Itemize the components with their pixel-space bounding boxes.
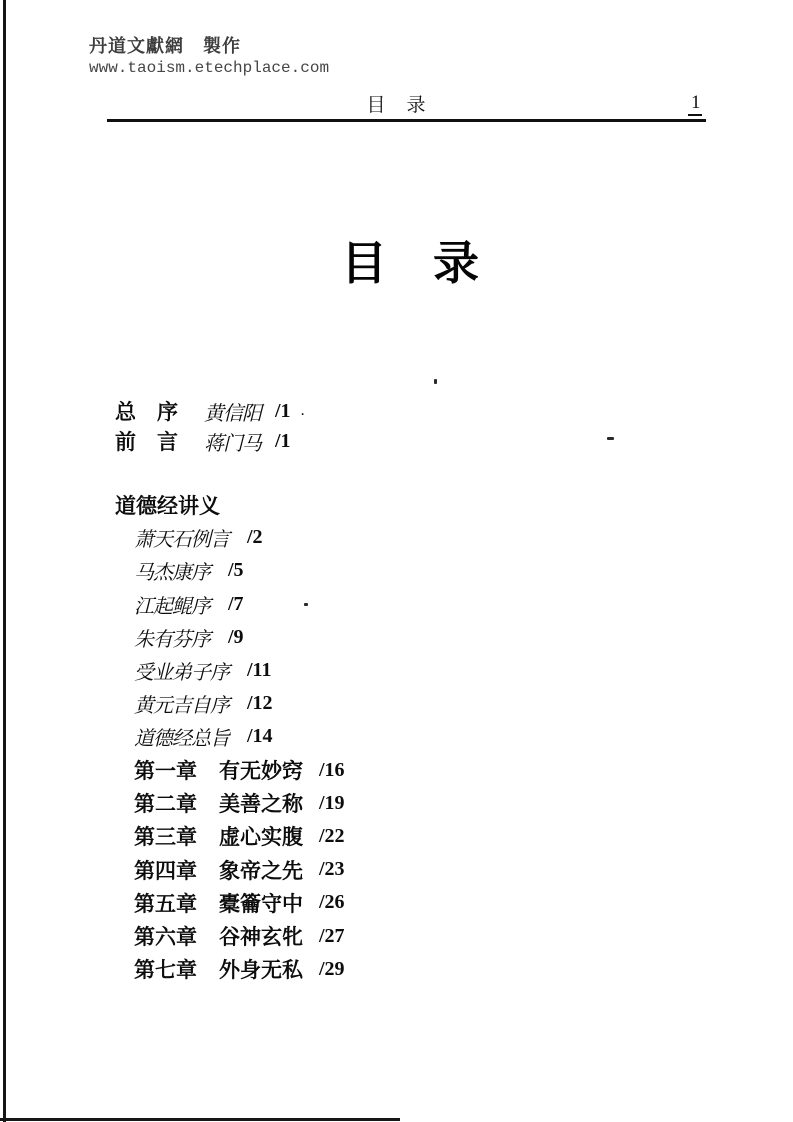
toc-row-preface: 萧天石例言/2 [0, 521, 793, 554]
watermark: 丹道文獻網 製作 www.taoism.etechplace.com [89, 36, 329, 77]
toc-row-front: 总 序黄信阳/1. [0, 396, 793, 426]
watermark-site-name: 丹道文獻網 製作 [89, 36, 329, 57]
toc-entry-label: 第三章 [134, 821, 197, 851]
toc-row-chapter: 第二章美善之称/19 [0, 787, 793, 820]
toc-entry-page-number: /14 [247, 725, 273, 748]
toc-row-preface: 朱有芬序/9 [0, 621, 793, 654]
document-title: 目 录 [0, 241, 793, 287]
toc-entry-title: 受业弟子序 [134, 656, 229, 685]
toc-row-preface: 道德经总旨/14 [0, 720, 793, 753]
toc-row-preface: 黄元吉自序/12 [0, 687, 793, 720]
toc-row-chapter: 第一章有无妙窍/16 [0, 754, 793, 787]
page-number: 1 [691, 92, 701, 114]
toc-entry-label: 道德经讲义 [115, 490, 220, 520]
toc-entry-label: 总 序 [115, 396, 178, 426]
toc-entry-label: 第二章 [134, 788, 197, 818]
toc-entry-label: 第七章 [134, 954, 197, 984]
toc-entry-title: 虚心实腹 [219, 821, 303, 851]
toc-row-chapter: 第四章象帝之先/23 [0, 853, 793, 886]
toc-entry-title: 橐籥守中 [219, 888, 303, 918]
toc-row-chapter: 第三章虚心实腹/22 [0, 820, 793, 853]
toc-entry-page-number: /29 [319, 958, 345, 981]
toc-entry-title: 萧天石例言 [134, 523, 229, 552]
toc-entry-page-number: /1 [275, 430, 291, 453]
toc-row-preface: 江起鲲序/7 [0, 588, 793, 621]
toc-entry-author: 蒋门马 [204, 427, 261, 456]
toc-entry-title: 江起鲲序 [134, 590, 210, 619]
toc-entry-title: 美善之称 [219, 788, 303, 818]
toc-row-chapter: 第五章橐籥守中/26 [0, 886, 793, 919]
toc-entry-label: 第六章 [134, 921, 197, 951]
toc-entry-title: 黄元吉自序 [134, 689, 229, 718]
toc-row-chapter: 第六章谷神玄牝/27 [0, 919, 793, 952]
page-number-underline [688, 114, 702, 116]
toc-entry-page-number: /22 [319, 825, 345, 848]
toc-entry-page-number: /26 [319, 891, 345, 914]
toc-entry-page-number: /19 [319, 792, 345, 815]
toc-entry-page-number: /9 [228, 626, 244, 649]
header-rule [107, 119, 706, 122]
toc-entry-page-number: /2 [247, 526, 263, 549]
toc-entry-page-number: /1 [275, 400, 291, 423]
toc-entry-title: 道德经总旨 [134, 722, 229, 751]
toc-row-preface: 受业弟子序/11 [0, 654, 793, 687]
scan-dot: . [301, 402, 305, 420]
toc-entry-page-number: /5 [228, 559, 244, 582]
toc-row-front: 前 言蒋门马/1 [0, 426, 793, 456]
toc-entry-page-number: /27 [319, 925, 345, 948]
toc-entry-title: 朱有芬序 [134, 623, 210, 652]
toc-entry-title: 外身无私 [219, 954, 303, 984]
scan-edge-line-bottom [0, 1118, 400, 1121]
toc-entry-page-number: /7 [228, 593, 244, 616]
toc-entry-page-number: /23 [319, 858, 345, 881]
toc-row-heading: 道德经讲义 [0, 488, 793, 521]
toc-entry-title: 象帝之先 [219, 855, 303, 885]
toc-row-preface: 马杰康序/5 [0, 554, 793, 587]
toc-entry-title: 马杰康序 [134, 556, 210, 585]
watermark-url: www.taoism.etechplace.com [89, 59, 329, 77]
toc-entry-page-number: /16 [319, 759, 345, 782]
toc-entry-title: 谷神玄牝 [219, 921, 303, 951]
scanned-book-page: 丹道文獻網 製作 www.taoism.etechplace.com 目 录 1… [0, 0, 793, 1122]
running-header-title: 目 录 [0, 90, 793, 117]
toc-row-chapter: 第七章外身无私/29 [0, 953, 793, 986]
toc-entry-page-number: /12 [247, 692, 273, 715]
toc-entry-label: 第五章 [134, 888, 197, 918]
toc-entry-label: 前 言 [115, 426, 178, 456]
toc-entry-label: 第四章 [134, 855, 197, 885]
toc-entry-title: 有无妙窍 [219, 755, 303, 785]
toc-entry-page-number: /11 [247, 659, 271, 682]
toc-entry-author: 黄信阳 [204, 397, 261, 426]
scan-speck [434, 379, 437, 384]
toc-entry-label: 第一章 [134, 755, 197, 785]
toc-list: 总 序黄信阳/1.前 言蒋门马/1道德经讲义萧天石例言/2马杰康序/5江起鲲序/… [0, 396, 793, 986]
